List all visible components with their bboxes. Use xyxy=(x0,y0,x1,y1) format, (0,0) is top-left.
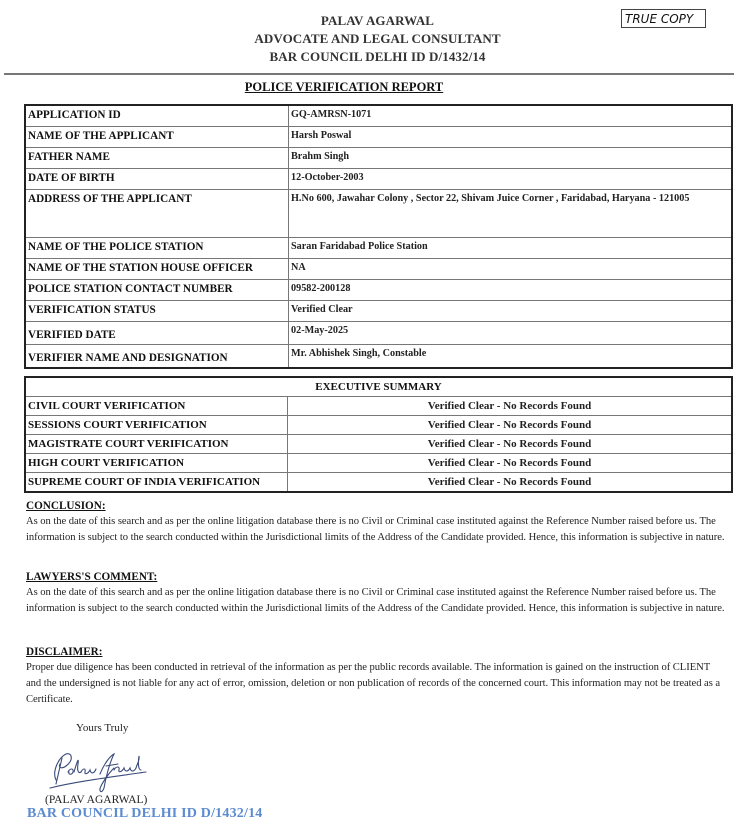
signature-block: Yours Truly (PALAV AGARWAL) BAR COUNCIL … xyxy=(0,720,320,829)
summary-label: HIGH COURT VERIFICATION xyxy=(25,454,288,473)
summary-value: Verified Clear - No Records Found xyxy=(288,435,733,454)
signatory-name: (PALAV AGARWAL) xyxy=(45,794,147,806)
row-label: APPLICATION ID xyxy=(25,105,289,127)
table-row: VERIFIER NAME AND DESIGNATION Mr. Abhish… xyxy=(25,345,732,369)
row-label: NAME OF THE STATION HOUSE OFFICER xyxy=(25,259,289,280)
row-value: NA xyxy=(289,259,733,280)
conclusion-heading: CONCLUSION: xyxy=(26,498,726,514)
row-value: Brahm Singh xyxy=(289,148,733,169)
row-label: ADDRESS OF THE APPLICANT xyxy=(25,190,289,238)
row-value: 12-October-2003 xyxy=(289,169,733,190)
row-label: DATE OF BIRTH xyxy=(25,169,289,190)
table-row: SESSIONS COURT VERIFICATION Verified Cle… xyxy=(25,416,732,435)
row-value: Harsh Poswal xyxy=(289,127,733,148)
row-label: NAME OF THE POLICE STATION xyxy=(25,238,289,259)
row-value: 09582-200128 xyxy=(289,280,733,301)
details-table: APPLICATION ID GQ-AMRSN-1071 NAME OF THE… xyxy=(24,104,733,369)
summary-value: Verified Clear - No Records Found xyxy=(288,397,733,416)
header-divider xyxy=(4,73,734,75)
row-value: Saran Faridabad Police Station xyxy=(289,238,733,259)
row-value: H.No 600, Jawahar Colony , Sector 22, Sh… xyxy=(289,190,733,238)
table-row: DATE OF BIRTH 12-October-2003 xyxy=(25,169,732,190)
row-value: 02-May-2025 xyxy=(289,322,733,345)
table-row: SUPREME COURT OF INDIA VERIFICATION Veri… xyxy=(25,473,732,493)
table-row: VERIFICATION STATUS Verified Clear xyxy=(25,301,732,322)
row-label: VERIFICATION STATUS xyxy=(25,301,289,322)
table-row: MAGISTRATE COURT VERIFICATION Verified C… xyxy=(25,435,732,454)
disclaimer-section: DISCLAIMER: Proper due diligence has bee… xyxy=(26,644,726,708)
executive-summary-table: EXECUTIVE SUMMARY CIVIL COURT VERIFICATI… xyxy=(24,376,733,493)
table-row: CIVIL COURT VERIFICATION Verified Clear … xyxy=(25,397,732,416)
summary-heading: EXECUTIVE SUMMARY xyxy=(25,377,732,397)
lawyers-comment-section: LAWYERS'S COMMENT: As on the date of thi… xyxy=(26,569,726,617)
advocate-title: ADVOCATE AND LEGAL CONSULTANT xyxy=(0,30,755,48)
signatory-bar-id: BAR COUNCIL DELHI ID D/1432/14 xyxy=(27,806,262,822)
summary-label: MAGISTRATE COURT VERIFICATION xyxy=(25,435,288,454)
signature-icon xyxy=(44,742,154,797)
closing-text: Yours Truly xyxy=(76,722,128,734)
row-value: GQ-AMRSN-1071 xyxy=(289,105,733,127)
table-row: POLICE STATION CONTACT NUMBER 09582-2001… xyxy=(25,280,732,301)
row-value: Mr. Abhishek Singh, Constable xyxy=(289,345,733,369)
table-row: ADDRESS OF THE APPLICANT H.No 600, Jawah… xyxy=(25,190,732,238)
report-title: POLICE VERIFICATION REPORT xyxy=(0,80,688,95)
summary-header-row: EXECUTIVE SUMMARY xyxy=(25,377,732,397)
table-row: NAME OF THE STATION HOUSE OFFICER NA xyxy=(25,259,732,280)
table-row: NAME OF THE POLICE STATION Saran Faridab… xyxy=(25,238,732,259)
disclaimer-body: Proper due diligence has been conducted … xyxy=(26,660,726,708)
conclusion-body: As on the date of this search and as per… xyxy=(26,514,726,546)
summary-value: Verified Clear - No Records Found xyxy=(288,416,733,435)
row-label: VERIFIER NAME AND DESIGNATION xyxy=(25,345,289,369)
summary-label: SUPREME COURT OF INDIA VERIFICATION xyxy=(25,473,288,493)
summary-label: SESSIONS COURT VERIFICATION xyxy=(25,416,288,435)
disclaimer-heading: DISCLAIMER: xyxy=(26,644,726,660)
table-row: APPLICATION ID GQ-AMRSN-1071 xyxy=(25,105,732,127)
row-label: NAME OF THE APPLICANT xyxy=(25,127,289,148)
true-copy-stamp: TRUE COPY xyxy=(621,9,706,28)
lawyers-comment-body: As on the date of this search and as per… xyxy=(26,585,726,617)
row-value: Verified Clear xyxy=(289,301,733,322)
row-label: FATHER NAME xyxy=(25,148,289,169)
bar-council-id: BAR COUNCIL DELHI ID D/1432/14 xyxy=(0,48,755,66)
summary-value: Verified Clear - No Records Found xyxy=(288,473,733,493)
summary-label: CIVIL COURT VERIFICATION xyxy=(25,397,288,416)
summary-value: Verified Clear - No Records Found xyxy=(288,454,733,473)
table-row: FATHER NAME Brahm Singh xyxy=(25,148,732,169)
lawyers-comment-heading: LAWYERS'S COMMENT: xyxy=(26,569,726,585)
table-row: HIGH COURT VERIFICATION Verified Clear -… xyxy=(25,454,732,473)
conclusion-section: CONCLUSION: As on the date of this searc… xyxy=(26,498,726,546)
row-label: POLICE STATION CONTACT NUMBER xyxy=(25,280,289,301)
table-row: VERIFIED DATE 02-May-2025 xyxy=(25,322,732,345)
row-label: VERIFIED DATE xyxy=(25,322,289,345)
table-row: NAME OF THE APPLICANT Harsh Poswal xyxy=(25,127,732,148)
